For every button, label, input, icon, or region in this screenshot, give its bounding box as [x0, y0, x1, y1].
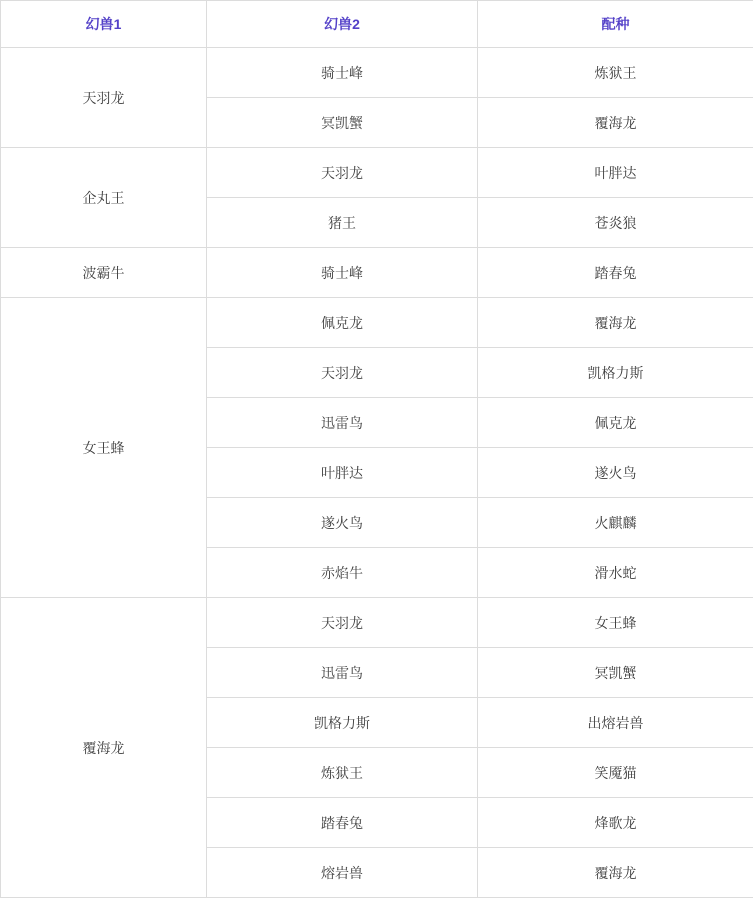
- result-cell: 叶胖达: [478, 148, 753, 198]
- result-cell: 覆海龙: [478, 98, 753, 148]
- beast2-cell: 天羽龙: [207, 348, 478, 398]
- beast2-cell: 冥凯蟹: [207, 98, 478, 148]
- beast1-cell: 企丸王: [1, 148, 207, 248]
- table-row: 天羽龙 骑士峰 炼狱王: [1, 48, 753, 98]
- result-cell: 踏春兔: [478, 248, 753, 298]
- table-row: 波霸牛 骑士峰 踏春兔: [1, 248, 753, 298]
- result-cell: 笑魇猫: [478, 748, 753, 798]
- result-cell: 苍炎狼: [478, 198, 753, 248]
- beast2-cell: 迅雷鸟: [207, 398, 478, 448]
- beast1-cell: 天羽龙: [1, 48, 207, 148]
- beast2-cell: 骑士峰: [207, 48, 478, 98]
- result-cell: 遂火鸟: [478, 448, 753, 498]
- table-row: 企丸王 天羽龙 叶胖达: [1, 148, 753, 198]
- beast2-cell: 天羽龙: [207, 598, 478, 648]
- header-beast1: 幻兽1: [1, 1, 207, 48]
- beast2-cell: 骑士峰: [207, 248, 478, 298]
- table-row: 覆海龙 天羽龙 女王蜂: [1, 598, 753, 648]
- beast2-cell: 赤焰牛: [207, 548, 478, 598]
- breeding-table: 幻兽1 幻兽2 配种 天羽龙 骑士峰 炼狱王 冥凯蟹 覆海龙 企丸王 天羽龙 叶…: [0, 0, 753, 898]
- page: 幻兽1 幻兽2 配种 天羽龙 骑士峰 炼狱王 冥凯蟹 覆海龙 企丸王 天羽龙 叶…: [0, 0, 753, 907]
- beast2-cell: 天羽龙: [207, 148, 478, 198]
- beast2-cell: 迅雷鸟: [207, 648, 478, 698]
- beast1-cell: 波霸牛: [1, 248, 207, 298]
- result-cell: 火麒麟: [478, 498, 753, 548]
- table-row: 女王蜂 佩克龙 覆海龙: [1, 298, 753, 348]
- beast2-cell: 猪王: [207, 198, 478, 248]
- beast2-cell: 踏春兔: [207, 798, 478, 848]
- beast2-cell: 熔岩兽: [207, 848, 478, 898]
- header-result: 配种: [478, 1, 753, 48]
- result-cell: 出熔岩兽: [478, 698, 753, 748]
- beast2-cell: 叶胖达: [207, 448, 478, 498]
- result-cell: 冥凯蟹: [478, 648, 753, 698]
- beast2-cell: 凯格力斯: [207, 698, 478, 748]
- result-cell: 滑水蛇: [478, 548, 753, 598]
- header-beast2: 幻兽2: [207, 1, 478, 48]
- result-cell: 佩克龙: [478, 398, 753, 448]
- result-cell: 凯格力斯: [478, 348, 753, 398]
- beast2-cell: 遂火鸟: [207, 498, 478, 548]
- beast2-cell: 炼狱王: [207, 748, 478, 798]
- result-cell: 覆海龙: [478, 848, 753, 898]
- result-cell: 覆海龙: [478, 298, 753, 348]
- result-cell: 女王蜂: [478, 598, 753, 648]
- beast1-cell: 女王蜂: [1, 298, 207, 598]
- result-cell: 炼狱王: [478, 48, 753, 98]
- table-header-row: 幻兽1 幻兽2 配种: [1, 1, 753, 48]
- beast2-cell: 佩克龙: [207, 298, 478, 348]
- beast1-cell: 覆海龙: [1, 598, 207, 898]
- result-cell: 烽歌龙: [478, 798, 753, 848]
